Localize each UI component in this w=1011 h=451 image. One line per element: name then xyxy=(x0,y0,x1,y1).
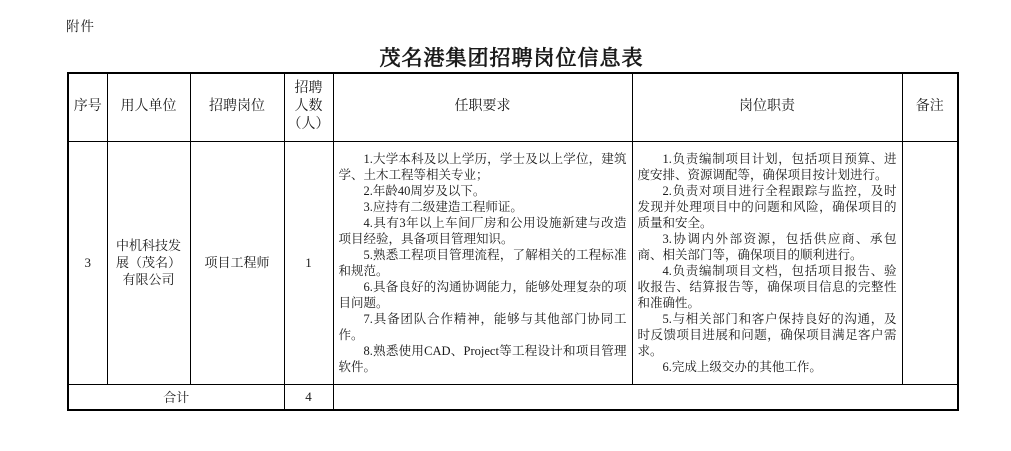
text-line: 3.应持有二级建造工程师证。 xyxy=(339,199,627,215)
cell-remark xyxy=(902,141,958,384)
text-line: 6.完成上级交办的其他工作。 xyxy=(638,359,897,375)
text-line: 3.协调内外部资源，包括供应商、承包商、相关部门等，确保项目的顺利进行。 xyxy=(638,231,897,263)
header-duties: 岗位职责 xyxy=(632,73,902,141)
text-line: 4.具有3年以上车间厂房和公用设施新建与改造项目经验，具备项目管理知识。 xyxy=(339,215,627,247)
text-line: 4.负责编制项目文档，包括项目报告、验收报告、结算报告等，确保项目信息的完整性和… xyxy=(638,263,897,311)
cell-position: 项目工程师 xyxy=(190,141,284,384)
cell-total-label: 合计 xyxy=(68,384,284,410)
table-header-row: 序号 用人单位 招聘岗位 招聘 人数 （人） 任职要求 岗位职责 备注 xyxy=(68,73,958,141)
header-position: 招聘岗位 xyxy=(190,73,284,141)
attachment-label: 附件 xyxy=(66,15,95,35)
cell-headcount: 1 xyxy=(284,141,333,384)
text-line: 5.与相关部门和客户保持良好的沟通，及时反馈项目进展和问题，确保项目满足客户需求… xyxy=(638,311,897,359)
job-row: 3 中机科技发展（茂名）有限公司 项目工程师 1 1.大学本科及以上学历，学士及… xyxy=(68,141,958,384)
header-employer: 用人单位 xyxy=(107,73,190,141)
recruitment-info-table: 序号 用人单位 招聘岗位 招聘 人数 （人） 任职要求 岗位职责 备注 3 中机… xyxy=(67,72,959,411)
text-line: 2.年龄40周岁及以下。 xyxy=(339,183,627,199)
text-line: 1.大学本科及以上学历，学士及以上学位，建筑学、土木工程等相关专业； xyxy=(339,151,627,183)
header-headcount: 招聘 人数 （人） xyxy=(284,73,333,141)
text-line: 6.具备良好的沟通协调能力，能够处理复杂的项目问题。 xyxy=(339,279,627,311)
header-seq: 序号 xyxy=(68,73,107,141)
cell-employer: 中机科技发展（茂名）有限公司 xyxy=(107,141,190,384)
text-line: 2.负责对项目进行全程跟踪与监控，及时发现并处理项目中的问题和风险，确保项目的质… xyxy=(638,183,897,231)
page-title: 茂名港集团招聘岗位信息表 xyxy=(67,42,956,72)
text-line: 1.负责编制项目计划，包括项目预算、进度安排、资源调配等，确保项目按计划进行。 xyxy=(638,151,897,183)
cell-seq: 3 xyxy=(68,141,107,384)
total-row: 合计 4 xyxy=(68,384,958,410)
cell-requirements: 1.大学本科及以上学历，学士及以上学位，建筑学、土木工程等相关专业；2.年龄40… xyxy=(333,141,632,384)
text-line: 8.熟悉使用CAD、Project等工程设计和项目管理软件。 xyxy=(339,343,627,375)
cell-total-empty xyxy=(333,384,958,410)
text-line: 5.熟悉工程项目管理流程，了解相关的工程标准和规范。 xyxy=(339,247,627,279)
header-requirements: 任职要求 xyxy=(333,73,632,141)
header-remark: 备注 xyxy=(902,73,958,141)
cell-total-headcount: 4 xyxy=(284,384,333,410)
cell-duties: 1.负责编制项目计划，包括项目预算、进度安排、资源调配等，确保项目按计划进行。2… xyxy=(632,141,902,384)
text-line: 7.具备团队合作精神，能够与其他部门协同工作。 xyxy=(339,311,627,343)
